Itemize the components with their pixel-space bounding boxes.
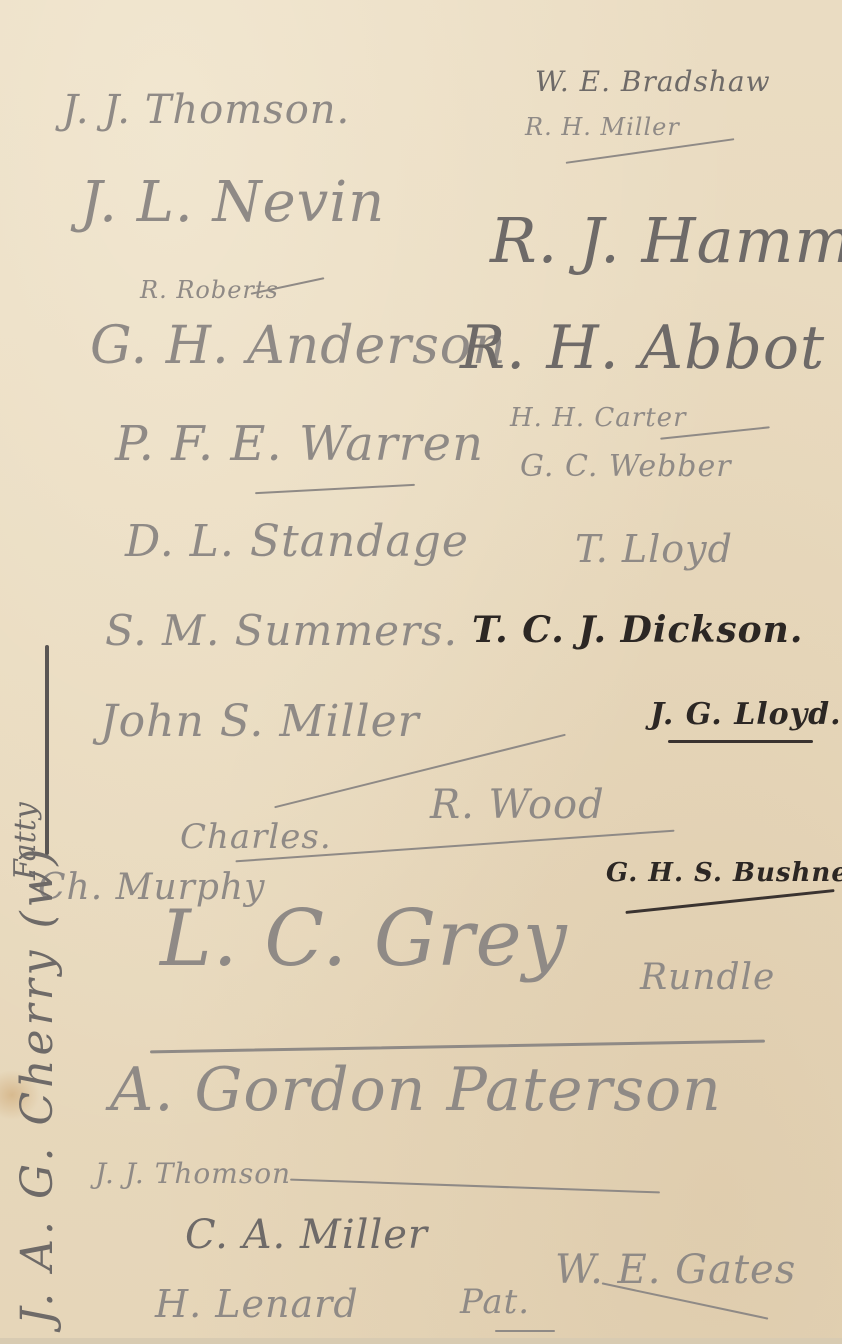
- autograph-page: J. J. Thomson. W. E. Bradshaw R. H. Mill…: [0, 0, 842, 1344]
- underline-bushnell: [625, 889, 834, 914]
- signature-bradshaw: W. E. Bradshaw: [535, 68, 771, 96]
- signature-bushnell: G. H. S. Bushnell: [606, 860, 842, 886]
- signature-nevin: J. L. Nevin: [80, 175, 385, 231]
- signature-roberts: R. Roberts: [140, 278, 279, 302]
- signature-rundle: Rundle: [640, 960, 775, 996]
- underline-pat: [495, 1330, 555, 1332]
- signature-abbot: R. H. Abbot: [460, 318, 825, 378]
- signature-gates: W. E. Gates: [555, 1250, 796, 1290]
- signature-ca-miller: C. A. Miller: [185, 1215, 428, 1255]
- signature-dickson: T. C. J. Dickson.: [472, 612, 803, 648]
- signature-anderson: G. H. Anderson: [90, 320, 507, 372]
- signature-rh-miller: R. H. Miller: [525, 115, 680, 139]
- signature-cherry: J. A. G. Cherry (w): [12, 845, 63, 1325]
- signature-charles: Charles.: [180, 820, 332, 854]
- signature-thomson-2: J. J. Thomson: [95, 1160, 291, 1188]
- signature-grey: L. C. Grey: [160, 900, 568, 978]
- vertical-stroke: [45, 645, 49, 855]
- underline-thomson-2: [290, 1179, 660, 1194]
- signature-jg-lloyd: J. G. Lloyd.: [650, 700, 842, 730]
- signature-pat: Pat.: [460, 1285, 530, 1319]
- signature-standage: D. L. Standage: [125, 520, 469, 564]
- overline-paterson: [150, 1040, 765, 1054]
- signature-john-miller: John S. Miller: [100, 700, 420, 744]
- underline-warren: [255, 484, 415, 494]
- signature-lenard: H. Lenard: [155, 1285, 359, 1323]
- signature-wood: R. Wood: [430, 785, 605, 825]
- signature-hammond: R. J. Hammond: [490, 210, 842, 272]
- underline-jg-lloyd: [668, 740, 813, 743]
- signature-summers: S. M. Summers.: [105, 610, 458, 652]
- signature-thomson: J. J. Thomson.: [62, 90, 350, 130]
- signature-paterson: A. Gordon Paterson: [110, 1060, 722, 1120]
- signature-webber: G. C. Webber: [520, 452, 732, 482]
- signature-t-lloyd: T. Lloyd: [575, 530, 733, 568]
- signature-warren: P. F. E. Warren: [115, 420, 484, 468]
- signature-carter: H. H. Carter: [510, 405, 687, 431]
- underline-rh-miller: [566, 138, 735, 164]
